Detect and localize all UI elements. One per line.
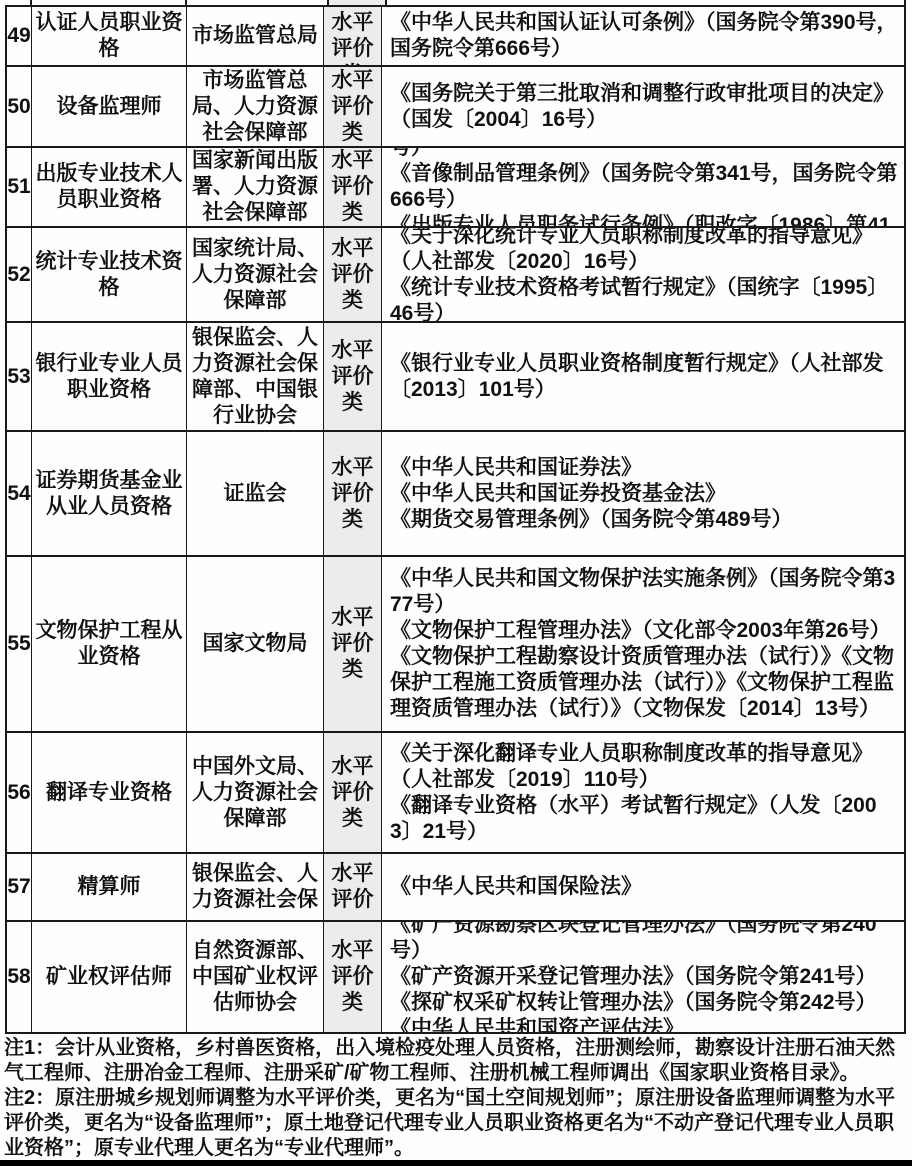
cell-legal-basis: 《中华人民共和国证券法》 《中华人民共和国证券投资基金法》 《期货交易管理条例》… [382,432,904,555]
cell-category: 水平评价类 [324,432,382,555]
qualification-table: 49 认证人员职业资格 市场监管总局 水平评价类 《中华人民共和国认证认可条例》… [5,5,906,1034]
cell-row-number: 58 [7,922,32,1032]
cell-row-number: 52 [7,228,32,321]
cell-qualification-name: 出版专业技术人员职业资格 [32,148,187,226]
bottom-divider-bar [0,1160,912,1166]
document-page: 49 认证人员职业资格 市场监管总局 水平评价类 《中华人民共和国认证认可条例》… [0,0,912,1166]
cell-implementing-department: 市场监管总局、人力资源社会保障部 [187,67,324,146]
cell-legal-basis: 《中华人民共和国保险法》 [382,854,904,920]
cell-implementing-department: 证监会 [187,432,324,555]
cell-implementing-department: 市场监管总局 [187,7,324,65]
cell-implementing-department: 银保监会、人力资源社会保障部、中国银行业协会 [187,323,324,430]
cell-implementing-department: 国家文物局 [187,557,324,731]
cell-implementing-department: 中国外文局、人力资源社会保障部 [187,733,324,852]
cell-category: 水平评价类 [324,228,382,321]
cell-qualification-name: 文物保护工程从业资格 [32,557,187,731]
cell-implementing-department: 国家统计局、人力资源社会保障部 [187,228,324,321]
cell-legal-basis: 《出版管理条例》（国务院令第343号，国务院令第666号） 《音像制品管理条例》… [382,148,904,226]
cell-legal-basis: 《国务院关于第三批取消和调整行政审批项目的决定》（国发〔2004〕16号） [382,67,904,146]
cell-qualification-name: 设备监理师 [32,67,187,146]
cell-legal-basis: 《银行业专业人员职业资格制度暂行规定》（人社部发〔2013〕101号） [382,323,904,430]
cell-row-number: 49 [7,7,32,65]
cell-category: 水平评价类 [324,557,382,731]
table-row: 51 出版专业技术人员职业资格 国家新闻出版署、人力资源社会保障部 水平评价类 … [7,148,904,228]
cell-category: 水平评价类 [324,7,382,65]
cell-qualification-name: 精算师 [32,854,187,920]
cell-legal-basis: 《关于深化翻译专业人员职称制度改革的指导意见》（人社部发〔2019〕110号） … [382,733,904,852]
footnotes: 注1：会计从业资格，乡村兽医资格，出入境检疫处理人员资格，注册测绘师，勘察设计注… [4,1036,910,1161]
cell-row-number: 53 [7,323,32,430]
cell-implementing-department: 银保监会、人力资源社会保 [187,854,324,920]
table-row: 52 统计专业技术资格 国家统计局、人力资源社会保障部 水平评价类 《关于深化统… [7,228,904,323]
cell-implementing-department: 国家新闻出版署、人力资源社会保障部 [187,148,324,226]
cell-row-number: 57 [7,854,32,920]
cell-qualification-name: 矿业权评估师 [32,922,187,1032]
cell-row-number: 56 [7,733,32,852]
table-row: 54 证券期货基金业从业人员资格 证监会 水平评价类 《中华人民共和国证券法》 … [7,432,904,557]
cell-qualification-name: 翻译专业资格 [32,733,187,852]
table-row: 50 设备监理师 市场监管总局、人力资源社会保障部 水平评价类 《国务院关于第三… [7,67,904,148]
note-item: 注2：原注册城乡规划师调整为水平评价类，更名为“国土空间规划师”；原注册设备监理… [4,1086,910,1161]
cell-implementing-department: 自然资源部、中国矿业权评估师协会 [187,922,324,1032]
cell-row-number: 51 [7,148,32,226]
cell-qualification-name: 认证人员职业资格 [32,7,187,65]
cell-qualification-name: 证券期货基金业从业人员资格 [32,432,187,555]
cell-row-number: 54 [7,432,32,555]
table-row: 57 精算师 银保监会、人力资源社会保 水平评价 《中华人民共和国保险法》 [7,854,904,922]
table-row: 49 认证人员职业资格 市场监管总局 水平评价类 《中华人民共和国认证认可条例》… [7,7,904,67]
cell-legal-basis: 《矿产资源勘察区块登记管理办法》（国务院令第240号） 《矿产资源开采登记管理办… [382,922,904,1032]
table-row: 56 翻译专业资格 中国外文局、人力资源社会保障部 水平评价类 《关于深化翻译专… [7,733,904,854]
cell-legal-basis: 《关于深化统计专业人员职称制度改革的指导意见》（人社部发〔2020〕16号） 《… [382,228,904,321]
cell-legal-basis: 《中华人民共和国认证认可条例》（国务院令第390号，国务院令第666号） [382,7,904,65]
cell-category: 水平评价类 [324,922,382,1032]
cell-qualification-name: 统计专业技术资格 [32,228,187,321]
cell-category: 水平评价类 [324,323,382,430]
cell-category: 水平评价 [324,854,382,920]
cell-category: 水平评价类 [324,148,382,226]
table-row: 58 矿业权评估师 自然资源部、中国矿业权评估师协会 水平评价类 《矿产资源勘察… [7,922,904,1032]
table-row: 53 银行业专业人员职业资格 银保监会、人力资源社会保障部、中国银行业协会 水平… [7,323,904,432]
cell-legal-basis: 《中华人民共和国文物保护法实施条例》（国务院令第377号） 《文物保护工程管理办… [382,557,904,731]
cell-category: 水平评价类 [324,733,382,852]
note-item: 注1：会计从业资格，乡村兽医资格，出入境检疫处理人员资格，注册测绘师，勘察设计注… [4,1036,910,1086]
cell-qualification-name: 银行业专业人员职业资格 [32,323,187,430]
cell-category: 水平评价类 [324,67,382,146]
cell-row-number: 50 [7,67,32,146]
table-row: 55 文物保护工程从业资格 国家文物局 水平评价类 《中华人民共和国文物保护法实… [7,557,904,733]
cell-row-number: 55 [7,557,32,731]
